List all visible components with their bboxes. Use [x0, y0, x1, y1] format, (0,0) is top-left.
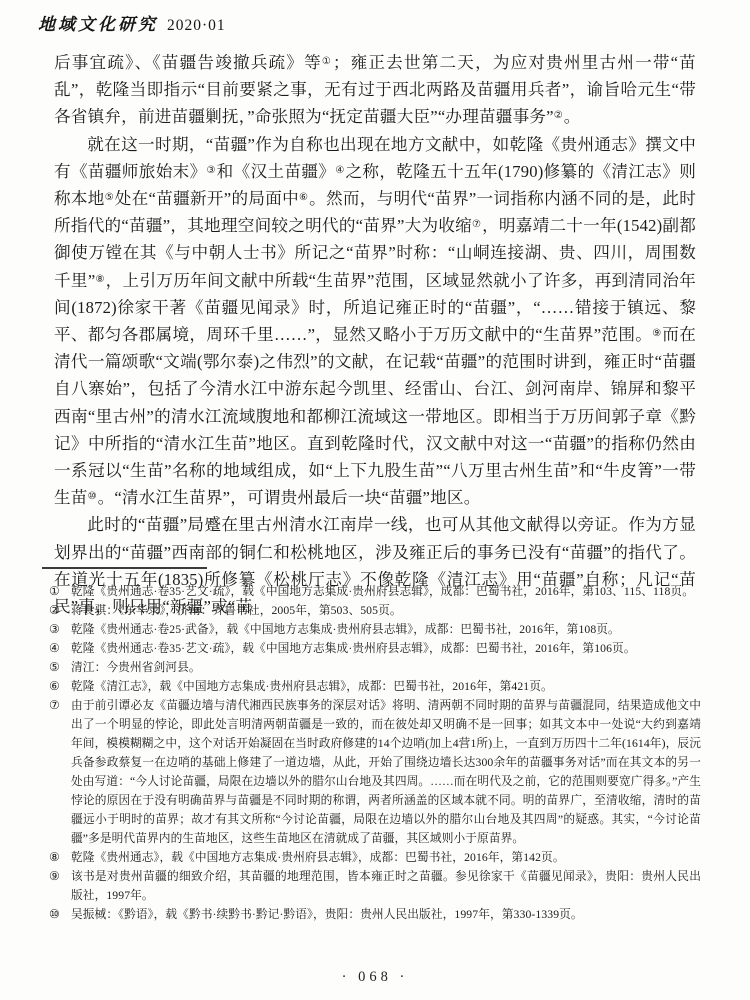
- footnote-marker: ⑤: [49, 658, 71, 677]
- footnote-item: ⑨ 该书是对贵州苗疆的细致介绍，其苗疆的地理范围，皆本雍正时之苗疆。参见徐家干《…: [49, 867, 701, 905]
- body-paragraph-1: 后事宜疏》、《苗疆告竣撤兵疏》等①；雍正去世第二天，为应对贵州里古州一带“苗乱”…: [54, 49, 696, 131]
- footnote-item: ⑩ 吴振棫：《黔语》，载《黔书·续黔书·黔记·黔语》，贵阳：贵州人民出版社，19…: [49, 905, 701, 924]
- footnote-section: ① 乾隆《贵州通志·卷35·艺文·疏》，载《中国地方志集成·贵州府县志辑》，成都…: [49, 582, 701, 924]
- footnote-item: ⑧ 乾隆《贵州通志》，载《中国地方志集成·贵州府县志辑》，成都：巴蜀书社，201…: [49, 848, 701, 867]
- footnote-text: 乾隆《贵州通志·卷25·武备》，载《中国地方志集成·贵州府县志辑》，成都：巴蜀书…: [71, 620, 701, 639]
- footnote-marker: ④: [49, 639, 71, 658]
- footnote-text: 乾隆《贵州通志·卷35·艺文·疏》，载《中国地方志集成·贵州府县志辑》，成都：巴…: [71, 639, 701, 658]
- footnote-item: ⑥ 乾隆《清江志》，载《中国地方志集成·贵州府县志辑》，成都：巴蜀书社，2016…: [49, 677, 701, 696]
- footnote-marker: ①: [49, 582, 71, 601]
- footnote-marker: ③: [49, 620, 71, 639]
- footnote-text: 蒋良骐：《东华录》，济南：齐鲁书社，2005年，第503、505页。: [71, 601, 701, 620]
- page-header: 地域文化研究2020·01: [38, 10, 226, 35]
- footnote-item: ⑤ 清江：今贵州省剑河县。: [49, 658, 701, 677]
- journal-title: 地域文化研究: [38, 15, 158, 34]
- footnote-text: 吴振棫：《黔语》，载《黔书·续黔书·黔记·黔语》，贵阳：贵州人民出版社，1997…: [71, 905, 701, 924]
- journal-page: 地域文化研究2020·01 后事宜疏》、《苗疆告竣撤兵疏》等①；雍正去世第二天，…: [0, 0, 750, 1000]
- footnote-separator: [42, 567, 207, 569]
- footnote-item: ⑦ 由于前引谭必友《苗疆边墙与清代湘西民族事务的深层对话》将明、清两朝不同时期的…: [49, 696, 701, 848]
- footnote-marker: ⑦: [49, 696, 71, 848]
- footnote-item: ② 蒋良骐：《东华录》，济南：齐鲁书社，2005年，第503、505页。: [49, 601, 701, 620]
- footnote-text: 乾隆《贵州通志·卷35·艺文·疏》，载《中国地方志集成·贵州府县志辑》，成都：巴…: [71, 582, 701, 601]
- footnote-marker: ⑥: [49, 677, 71, 696]
- page-number: · 068 ·: [0, 969, 750, 986]
- footnote-text: 清江：今贵州省剑河县。: [71, 658, 701, 677]
- journal-issue: 2020·01: [167, 17, 226, 34]
- footnote-text: 乾隆《贵州通志》，载《中国地方志集成·贵州府县志辑》，成都：巴蜀书社，2016年…: [71, 848, 701, 867]
- footnote-marker: ⑧: [49, 848, 71, 867]
- body-paragraph-2: 就在这一时期，“苗疆”作为自称也出现在地方文献中，如乾隆《贵州通志》撰文中有《苗…: [54, 131, 696, 512]
- footnote-marker: ②: [49, 601, 71, 620]
- footnote-item: ④ 乾隆《贵州通志·卷35·艺文·疏》，载《中国地方志集成·贵州府县志辑》，成都…: [49, 639, 701, 658]
- article-body: 后事宜疏》、《苗疆告竣撤兵疏》等①；雍正去世第二天，为应对贵州里古州一带“苗乱”…: [54, 49, 696, 620]
- footnote-text: 该书是对贵州苗疆的细致介绍，其苗疆的地理范围，皆本雍正时之苗疆。参见徐家干《苗疆…: [71, 867, 701, 905]
- footnote-item: ③ 乾隆《贵州通志·卷25·武备》，载《中国地方志集成·贵州府县志辑》，成都：巴…: [49, 620, 701, 639]
- footnote-marker: ⑨: [49, 867, 71, 905]
- footnote-marker: ⑩: [49, 905, 71, 924]
- footnote-item: ① 乾隆《贵州通志·卷35·艺文·疏》，载《中国地方志集成·贵州府县志辑》，成都…: [49, 582, 701, 601]
- footnote-text: 乾隆《清江志》，载《中国地方志集成·贵州府县志辑》，成都：巴蜀书社，2016年，…: [71, 677, 701, 696]
- footnote-text: 由于前引谭必友《苗疆边墙与清代湘西民族事务的深层对话》将明、清两朝不同时期的苗界…: [71, 696, 701, 848]
